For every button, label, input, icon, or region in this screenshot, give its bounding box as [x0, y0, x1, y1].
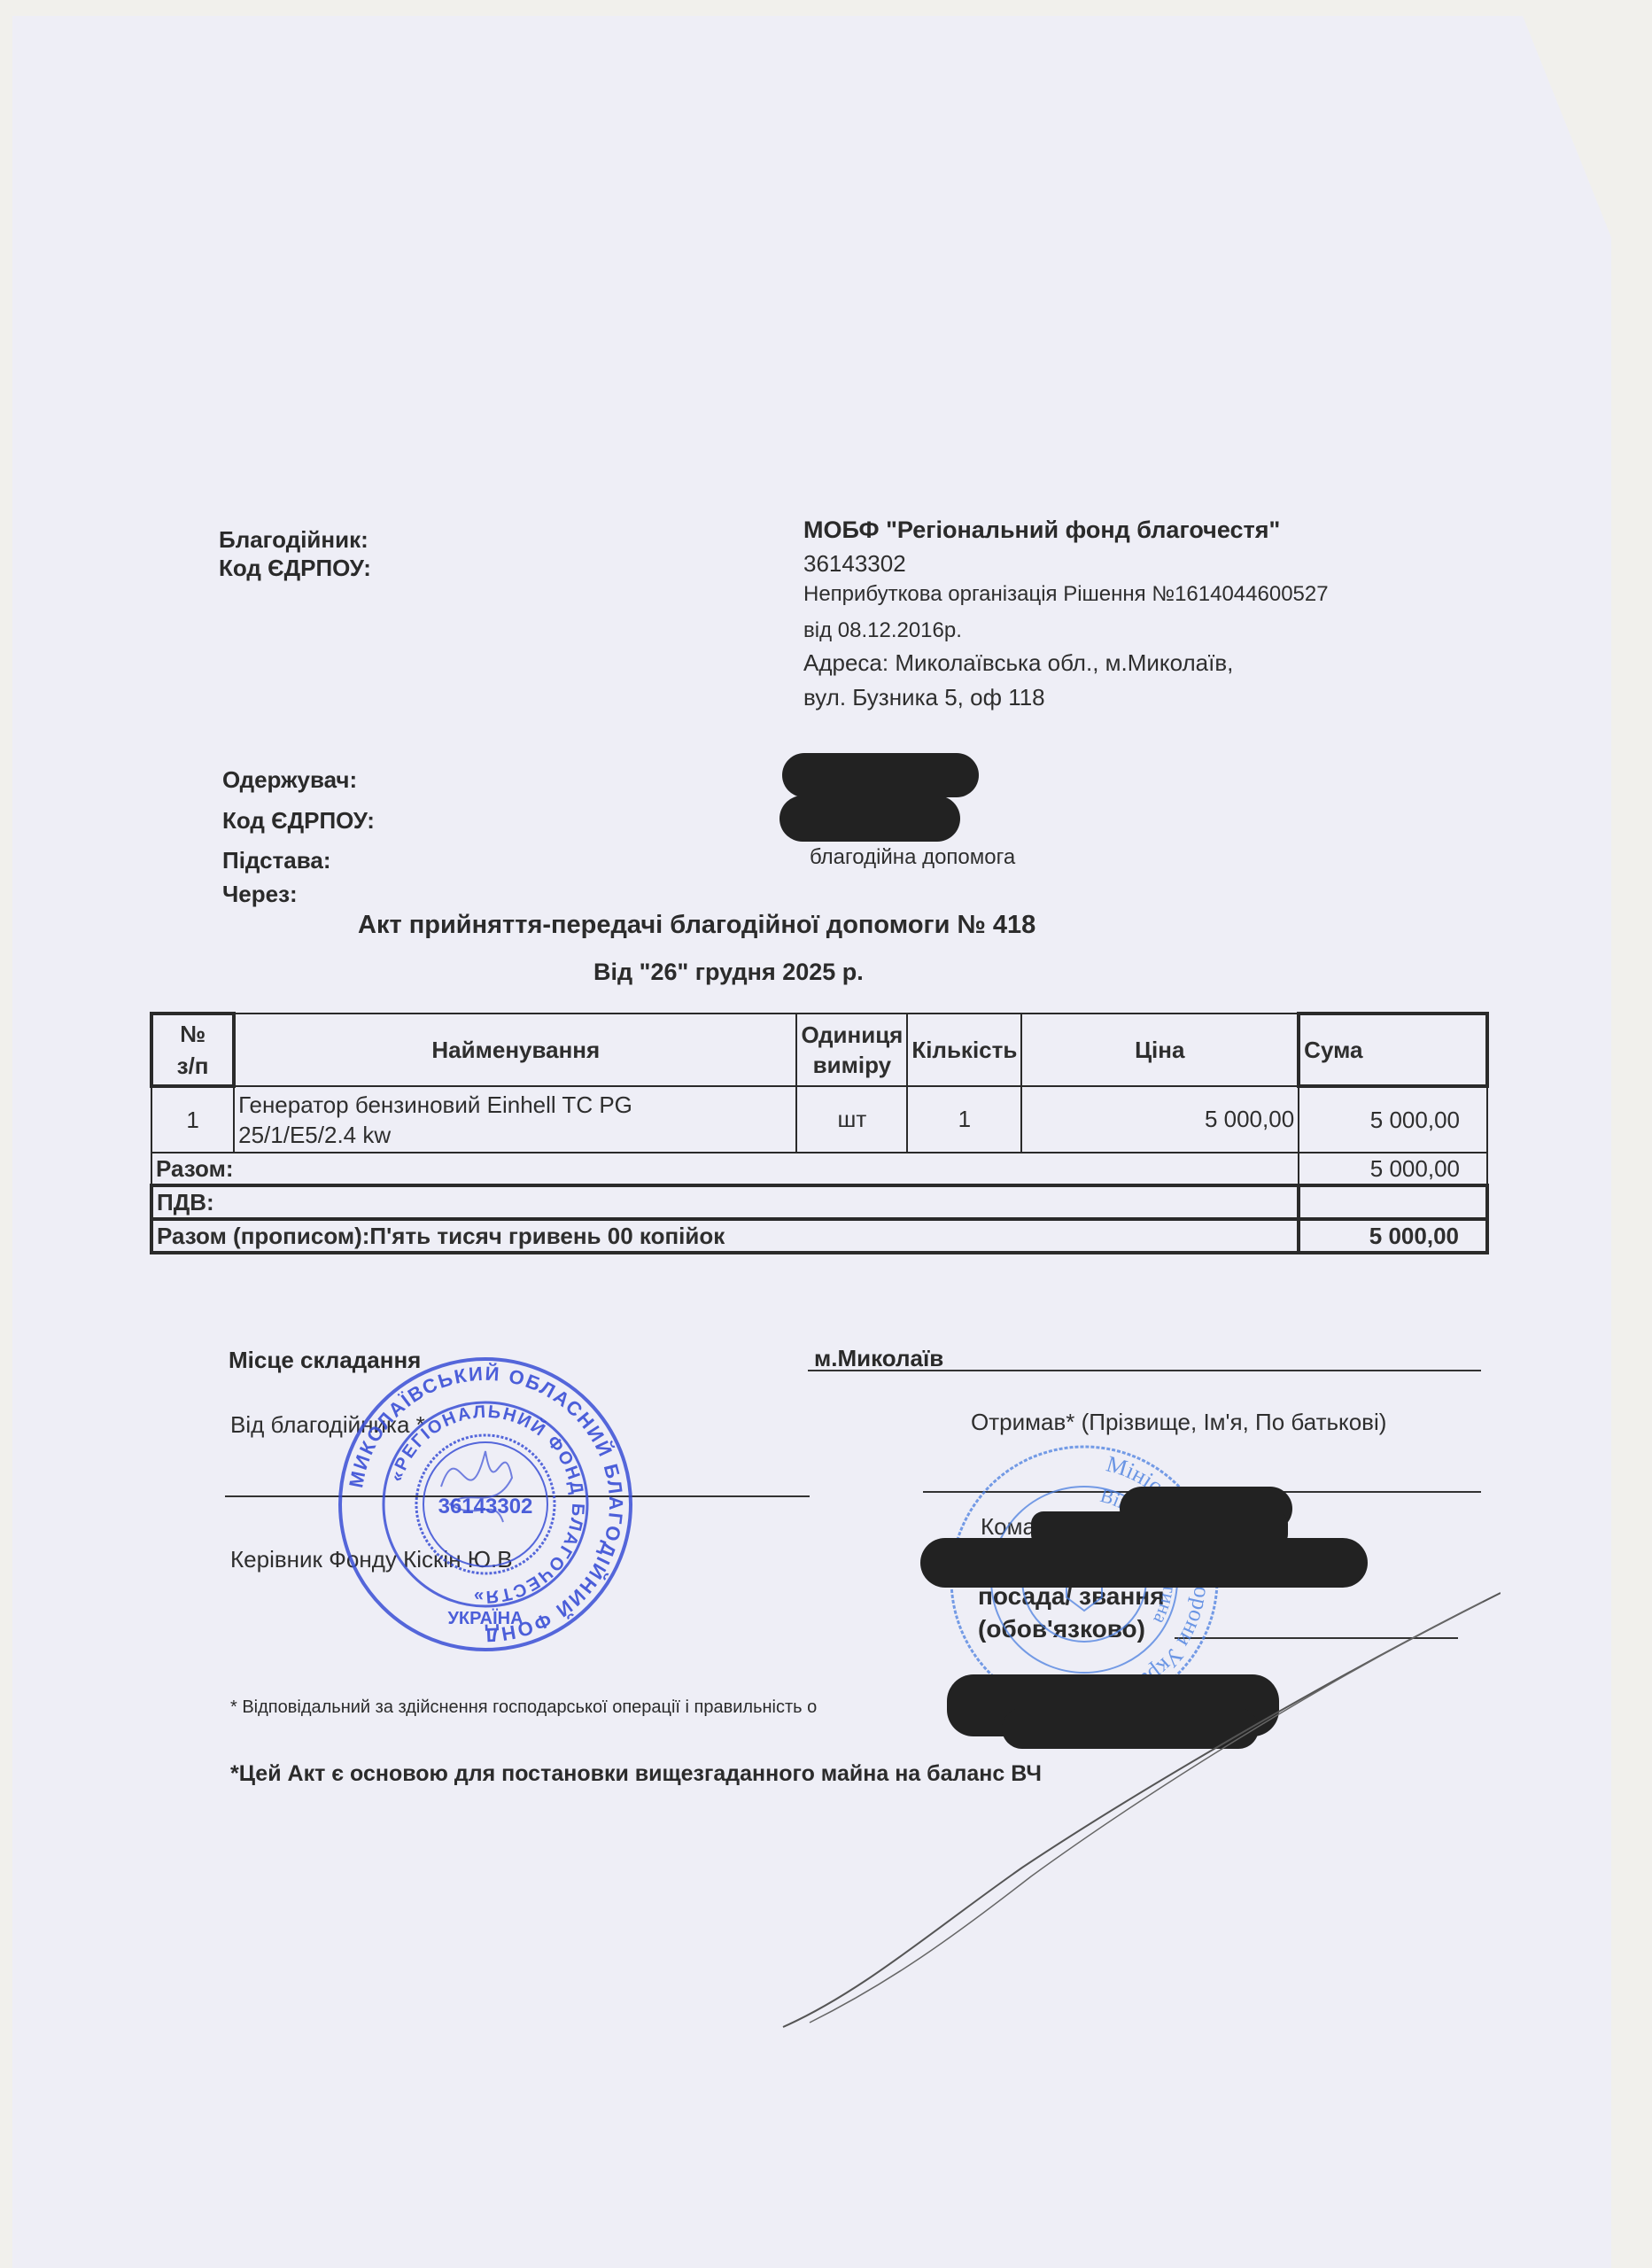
donor-status: Неприбуткова організація Рішення №161404…: [803, 582, 1329, 607]
cell-price: 5 000,00: [1021, 1086, 1299, 1153]
header-unit: Одиницявиміру: [796, 1014, 907, 1086]
table-row: 1 Генератор бензиновий Einhell TC PG25/1…: [151, 1086, 1487, 1153]
words-value: 5 000,00: [1299, 1219, 1487, 1253]
received-label: Отримав* (Прізвище, Ім'я, По батькові): [971, 1409, 1386, 1436]
words-row: Разом (прописом):П'ять тисяч гривень 00 …: [151, 1219, 1487, 1253]
recipient-code-label: Код ЄДРПОУ:: [222, 807, 375, 835]
header-price: Ціна: [1021, 1014, 1299, 1086]
recipient-signature: [756, 1575, 1501, 2036]
cell-qty: 1: [907, 1086, 1021, 1153]
via-label: Через:: [222, 881, 298, 908]
header-num: №з/п: [151, 1014, 234, 1086]
basis-value: благодійна допомога: [810, 845, 1015, 870]
act-title: Акт прийняття-передачі благодійної допом…: [358, 911, 1035, 940]
svg-text:УКРАЇНА: УКРАЇНА: [447, 1608, 523, 1628]
donor-address-line2: вул. Бузника 5, оф 118: [803, 684, 1045, 711]
document-page: Благодійник: Код ЄДРПОУ: МОБФ "Регіональ…: [12, 16, 1611, 2268]
cell-unit: шт: [796, 1086, 907, 1153]
footnote: * Відповідальний за здійснення господарс…: [230, 1697, 817, 1718]
donor-code-label: Код ЄДРПОУ:: [219, 555, 371, 582]
table-header-row: №з/п Найменування Одиницявиміру Кількіст…: [151, 1014, 1487, 1086]
cell-name: Генератор бензиновий Einhell TC PG25/1/E…: [234, 1086, 796, 1153]
redacted-recipient-code: [779, 796, 960, 842]
place-value: м.Миколаїв: [814, 1345, 943, 1372]
donor-label: Благодійник:: [219, 526, 368, 554]
donor-address-line1: Адреса: Миколаївська обл., м.Миколаїв,: [803, 649, 1233, 677]
items-table: №з/п Найменування Одиницявиміру Кількіст…: [150, 1012, 1489, 1254]
total-value: 5 000,00: [1299, 1153, 1487, 1185]
act-date: Від "26" грудня 2025 р.: [593, 959, 864, 986]
recipient-label: Одержувач:: [222, 766, 357, 794]
total-label: Разом:: [151, 1153, 1299, 1185]
donor-stamp: МИКОЛАЇВСЬКИЙ ОБЛАСНИЙ БЛАГОДІЙНИЙ ФОНД …: [335, 1354, 636, 1655]
donor-name: МОБФ "Регіональний фонд благочестя": [803, 517, 1280, 544]
vat-value: [1299, 1185, 1487, 1219]
vat-row: ПДВ:: [151, 1185, 1487, 1219]
header-sum: Сума: [1299, 1014, 1487, 1086]
cell-num: 1: [151, 1086, 234, 1153]
place-underline: [808, 1370, 1481, 1371]
total-row: Разом: 5 000,00: [151, 1153, 1487, 1185]
vat-label: ПДВ:: [151, 1185, 1299, 1219]
donor-status-date: від 08.12.2016р.: [803, 618, 962, 643]
words-label: Разом (прописом):П'ять тисяч гривень 00 …: [151, 1219, 1299, 1253]
redacted-recipient-name: [782, 753, 979, 797]
basis-label: Підстава:: [222, 847, 330, 874]
cell-sum: 5 000,00: [1299, 1086, 1487, 1153]
header-qty: Кількість: [907, 1014, 1021, 1086]
header-name: Найменування: [234, 1014, 796, 1086]
donor-code: 36143302: [803, 550, 906, 578]
